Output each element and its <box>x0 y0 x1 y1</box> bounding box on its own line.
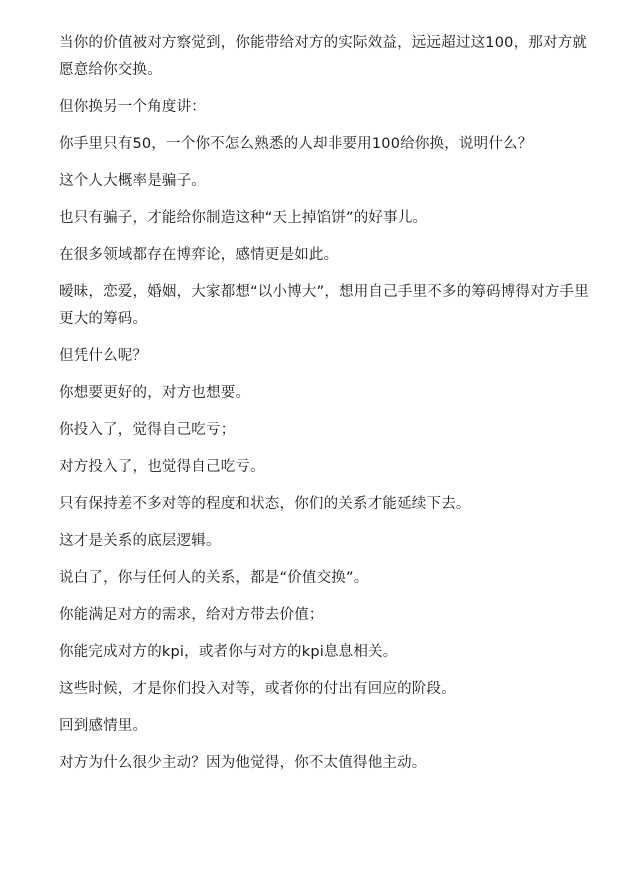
paragraph: 你能完成对方的kpi，或者你与对方的kpi息息相关。 <box>59 639 589 666</box>
paragraph: 这些时候，才是你们投入对等，或者你的付出有回应的阶段。 <box>59 676 589 703</box>
paragraph: 但凭什么呢？ <box>59 343 589 370</box>
paragraph: 对方为什么很少主动？因为他觉得，你不太值得他主动。 <box>59 750 589 777</box>
paragraph: 暧昧，恋爱，婚姻，大家都想“以小博大”，想用自己手里不多的筹码博得对方手里更大的… <box>59 279 589 333</box>
paragraph: 这个人大概率是骗子。 <box>59 168 589 195</box>
paragraph: 你投入了，觉得自己吃亏； <box>59 417 589 444</box>
article-body: 当你的价值被对方察觉到，你能带给对方的实际效益，远远超过这100，那对方就愿意给… <box>59 30 589 787</box>
paragraph: 说白了，你与任何人的关系，都是“价值交换”。 <box>59 565 589 592</box>
paragraph: 也只有骗子，才能给你制造这种“天上掉馅饼”的好事儿。 <box>59 205 589 232</box>
paragraph: 在很多领域都存在博弈论，感情更是如此。 <box>59 242 589 269</box>
paragraph: 但你换另一个角度讲： <box>59 94 589 121</box>
paragraph: 回到感情里。 <box>59 713 589 740</box>
paragraph: 你想要更好的，对方也想要。 <box>59 380 589 407</box>
paragraph: 当你的价值被对方察觉到，你能带给对方的实际效益，远远超过这100，那对方就愿意给… <box>59 30 589 84</box>
paragraph: 只有保持差不多对等的程度和状态，你们的关系才能延续下去。 <box>59 491 589 518</box>
paragraph: 这才是关系的底层逻辑。 <box>59 528 589 555</box>
paragraph: 你手里只有50，一个你不怎么熟悉的人却非要用100给你换，说明什么？ <box>59 131 589 158</box>
paragraph: 你能满足对方的需求，给对方带去价值； <box>59 602 589 629</box>
paragraph: 对方投入了，也觉得自己吃亏。 <box>59 454 589 481</box>
